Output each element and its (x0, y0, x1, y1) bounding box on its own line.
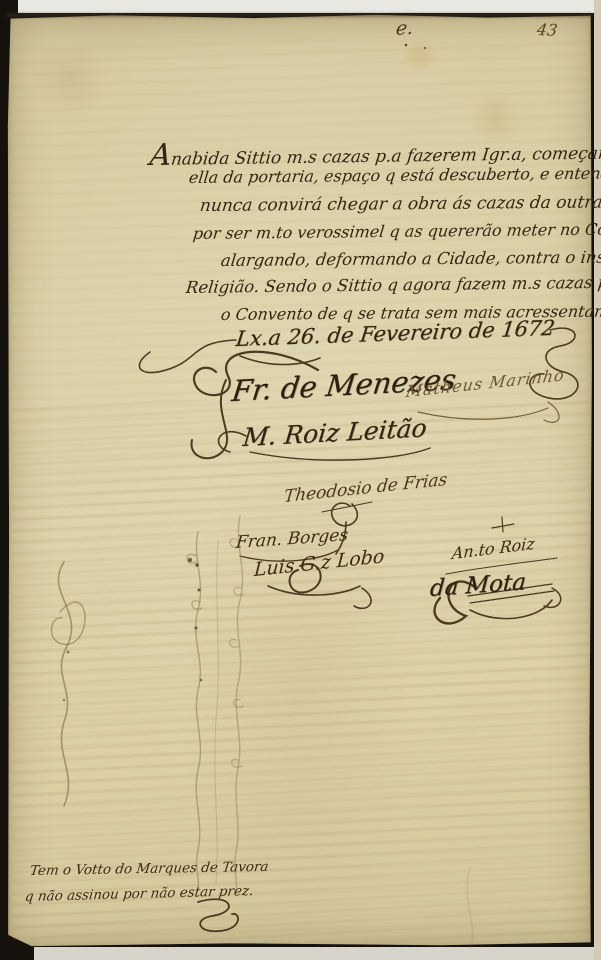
body-line: alargando, deformando a Cidade, contra o… (220, 247, 601, 270)
backdrop-bottom-strip (0, 947, 601, 960)
manuscript-scan: e. 43 Anabida Sittio m.s cazas p.a fazer… (0, 0, 601, 960)
paper-deckle-edge (7, 13, 593, 17)
backdrop-top-strip (0, 0, 601, 13)
body-line: nunca convirá chegar a obra ás cazas da … (199, 192, 601, 216)
folio-number: 43 (536, 20, 559, 40)
folio-letter-mark: e. (395, 17, 415, 40)
